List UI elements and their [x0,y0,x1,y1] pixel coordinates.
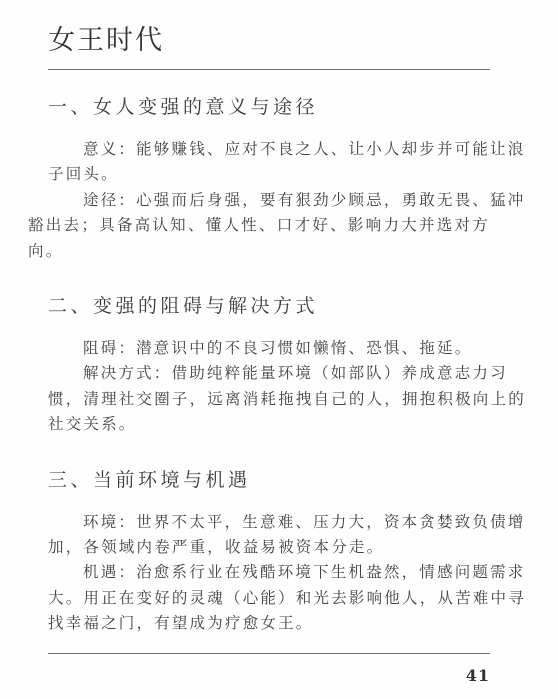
paragraph: 解决方式：借助纯粹能量环境（如部队）养成意志力习惯，清理社交圈子，远离消耗拖拽自… [48,361,490,437]
paragraph-line: 机遇：治愈系行业在残酷环境下生机盎然，情感问题需求 [48,560,490,585]
section-heading: 一、女人变强的意义与途径 [48,94,490,120]
document-section: 三、当前环境与机遇环境：世界不太平，生意难、压力大，资本贪婪致负债增加，各领域内… [48,467,490,637]
document-header: 女王时代 [48,0,490,70]
section-heading: 二、变强的阻碍与解决方式 [48,293,490,319]
document-title: 女王时代 [48,25,490,57]
paragraph: 环境：世界不太平，生意难、压力大，资本贪婪致负债增加，各领域内卷严重，收益易被资… [48,510,490,561]
paragraph-line: 意义：能够赚钱、应对不良之人、让小人却步并可能让浪 [48,137,490,162]
paragraph-line: 子回头。 [48,162,490,187]
paragraph-line: 社交关系。 [48,412,490,437]
section-heading: 三、当前环境与机遇 [48,467,490,493]
page-number: 41 [48,666,490,686]
footer-divider [48,653,490,654]
document-page: 女王时代 一、女人变强的意义与途径意义：能够赚钱、应对不良之人、让小人却步并可能… [0,0,558,699]
paragraph-line: 找幸福之门，有望成为疗愈女王。 [48,611,490,636]
paragraph-line: 解决方式：借助纯粹能量环境（如部队）养成意志力习 [48,361,490,386]
document-footer: 41 [48,653,490,686]
paragraph: 途径：心强而后身强，要有狠劲少顾忌，勇敢无畏、猛冲豁出去；具备高认知、懂人性、口… [48,188,490,264]
paragraph-line: 加，各领域内卷严重，收益易被资本分走。 [48,535,490,560]
paragraph: 意义：能够赚钱、应对不良之人、让小人却步并可能让浪子回头。 [48,137,490,188]
paragraph-line: 惯，清理社交圈子，远离消耗拖拽自己的人，拥抱积极向上的 [48,387,490,412]
paragraph-line: 途径：心强而后身强，要有狠劲少顾忌，勇敢无畏、猛冲 [48,188,490,213]
paragraph-line: 大。用正在变好的灵魂（心能）和光去影响他人，从苦难中寻 [48,586,490,611]
document-section: 一、女人变强的意义与途径意义：能够赚钱、应对不良之人、让小人却步并可能让浪子回头… [48,94,490,264]
paragraph: 阻碍：潜意识中的不良习惯如懒惰、恐惧、拖延。 [48,336,490,361]
document-body: 一、女人变强的意义与途径意义：能够赚钱、应对不良之人、让小人却步并可能让浪子回头… [48,94,490,637]
paragraph-line: 环境：世界不太平，生意难、压力大，资本贪婪致负债增 [48,510,490,535]
paragraph-line: 豁出去；具备高认知、懂人性、口才好、影响力大并选对方 [28,213,490,238]
paragraph-line: 阻碍：潜意识中的不良习惯如懒惰、恐惧、拖延。 [48,336,490,361]
document-section: 二、变强的阻碍与解决方式阻碍：潜意识中的不良习惯如懒惰、恐惧、拖延。解决方式：借… [48,293,490,438]
paragraph-line: 向。 [28,239,490,264]
paragraph: 机遇：治愈系行业在残酷环境下生机盎然，情感问题需求大。用正在变好的灵魂（心能）和… [48,560,490,636]
